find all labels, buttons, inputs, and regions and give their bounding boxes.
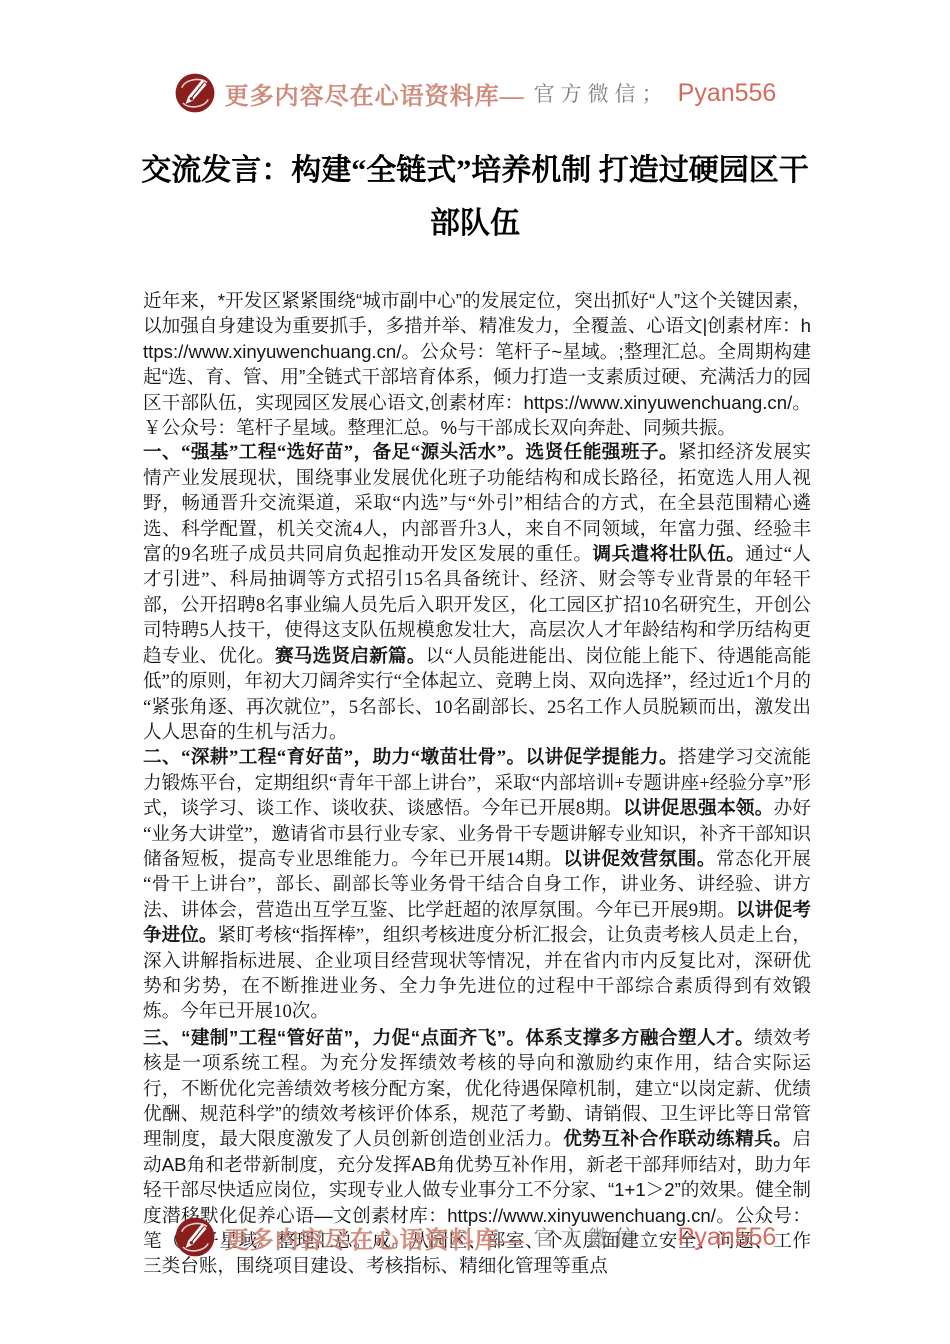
paragraph-lead-bold: 调兵遣将壮队伍。 xyxy=(592,544,745,565)
wechat-id: Pyan556 xyxy=(678,1223,777,1252)
paragraph-lead-bold: 二、“深耕”工程“育好苗”，助力“墩苗壮骨”。以讲促学提能力。 xyxy=(143,747,678,768)
page-title: 交流发言：构建“全链式”培养机制 打造过硬园区干部队伍 xyxy=(140,144,810,250)
wechat-label: 官方微信； xyxy=(534,1222,669,1252)
document-page: 更多内容尽在心语资料库—官方微信；Pyan556 交流发言：构建“全链式”培养机… xyxy=(0,0,950,1344)
paragraph-lead-bold: 优势互补合作联动练精兵。 xyxy=(563,1128,792,1149)
brand-text: 更多内容尽在心语资料库— xyxy=(225,1220,525,1255)
paragraph-lead-bold: 以讲促效营氛围。 xyxy=(563,849,716,870)
paragraph-text: 近年来，*开发区紧紧围绕“城市副中心”的发展定位，突出抓好“人”这个关键因素，以… xyxy=(143,290,811,438)
footer-watermark: 更多内容尽在心语资料库—官方微信；Pyan556 xyxy=(0,1216,950,1258)
document-body: 近年来，*开发区紧紧围绕“城市副中心”的发展定位，突出抓好“人”这个关键因素，以… xyxy=(143,288,811,1279)
paragraph-text: 紧盯考核“指挥棒”，组织考核进度分析汇报会，让负责考核人员走上台，深入讲解指标进… xyxy=(143,925,811,1022)
brand-text: 更多内容尽在心语资料库— xyxy=(225,76,525,111)
paragraph-lead-bold: 赛马选贤启新篇。 xyxy=(275,646,426,667)
pen-nib-circle-icon xyxy=(174,1216,216,1258)
paragraph-lead-bold: 一、“强基”工程“选好苗”，备足“源头活水”。选贤任能强班子。 xyxy=(143,442,678,463)
paragraph: 近年来，*开发区紧紧围绕“城市副中心”的发展定位，突出抓好“人”这个关键因素，以… xyxy=(143,288,811,440)
paragraph: 一、“强基”工程“选好苗”，备足“源头活水”。选贤任能强班子。紧扣经济发展实情产… xyxy=(143,440,811,745)
paragraph: 二、“深耕”工程“育好苗”，助力“墩苗壮骨”。以讲促学提能力。搭建学习交流能力锻… xyxy=(143,745,811,1024)
header-watermark: 更多内容尽在心语资料库—官方微信；Pyan556 xyxy=(0,72,950,114)
paragraph-lead-bold: 以讲促思强本领。 xyxy=(623,798,774,819)
paragraph-lead-bold: 三、“建制”工程“管好苗”，力促“点面齐飞”。体系支撑多方融合塑人才。 xyxy=(143,1027,754,1048)
wechat-label: 官方微信； xyxy=(534,78,669,108)
wechat-id: Pyan556 xyxy=(678,79,777,108)
pen-nib-circle-icon xyxy=(174,72,216,114)
